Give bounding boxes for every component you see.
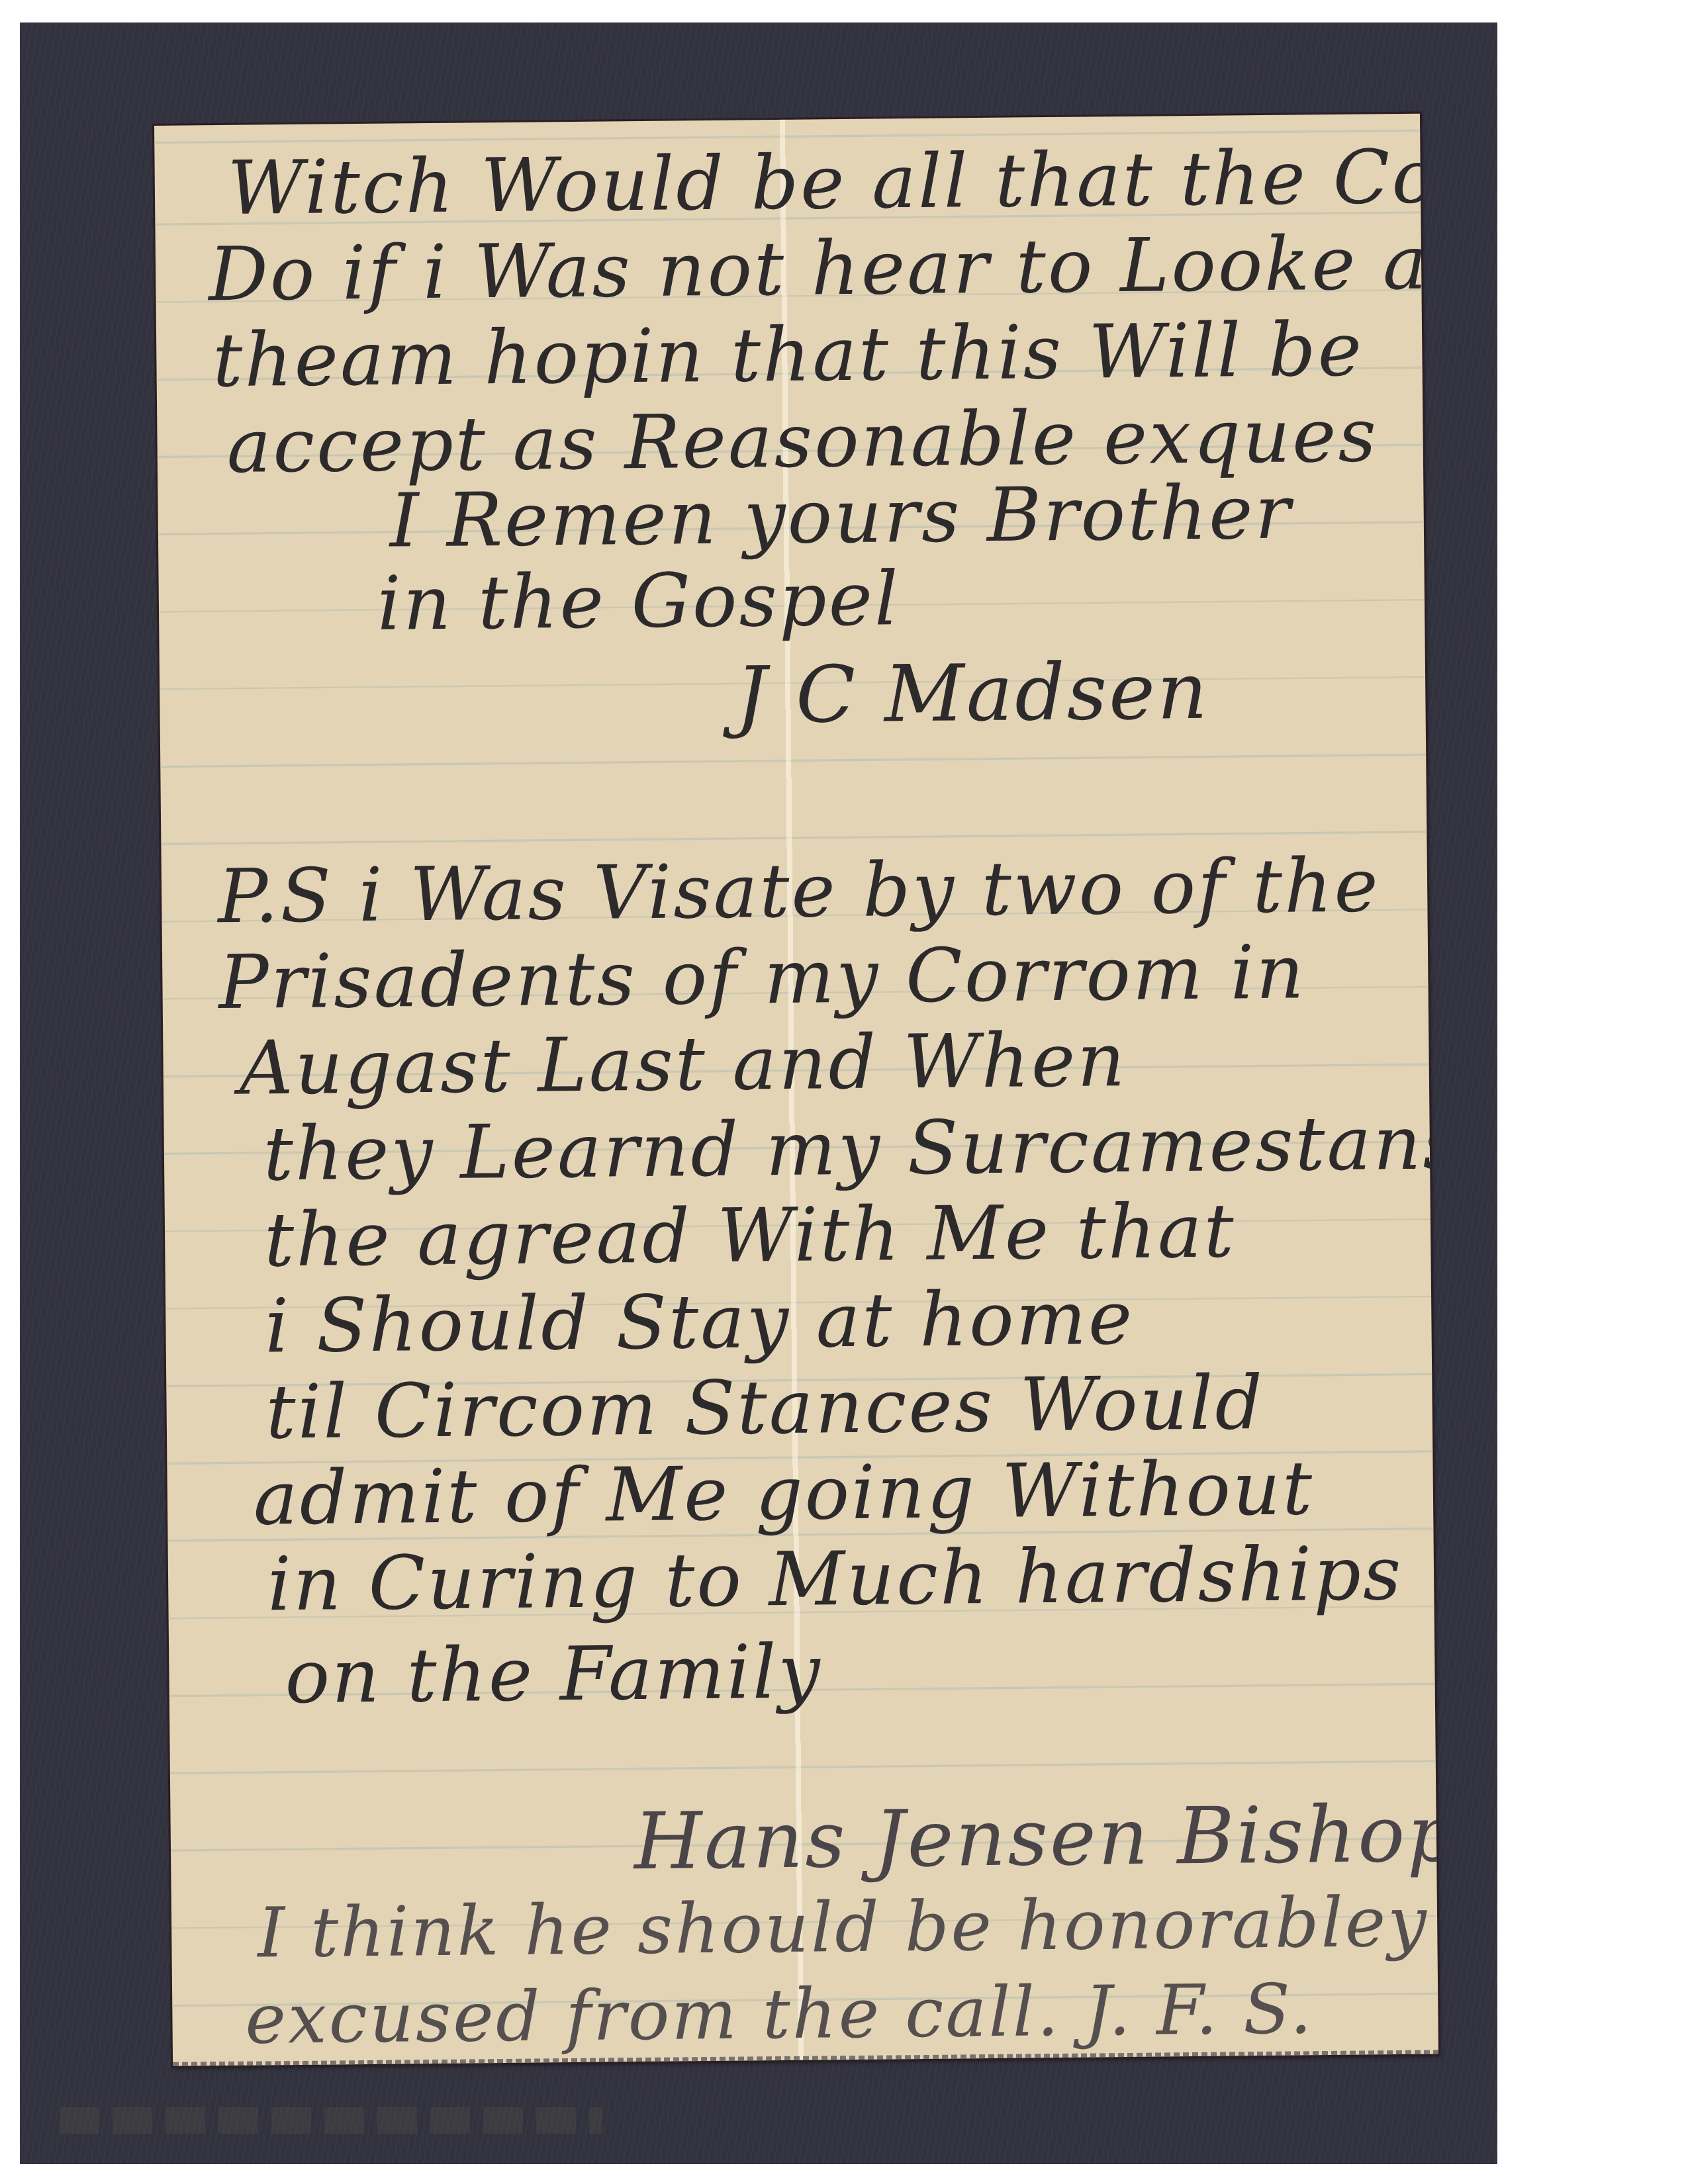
postscript-line-3: Augast Last and When — [239, 1023, 1127, 1106]
postscript-line-6: i Should Stay at home — [265, 1281, 1135, 1364]
postscript-line-10: on the Family — [285, 1635, 822, 1714]
closing-line-1: I Remen yours Brother — [389, 476, 1292, 559]
signature-madsen: J C Madsen — [735, 652, 1210, 735]
mat-bleed-through-marks — [60, 2107, 602, 2134]
letter-body-line-3: theam hopin that this Will be — [212, 312, 1364, 398]
closing-line-2: in the Gospel — [377, 562, 900, 641]
letter-page: Witch Would be all that the Could Do if … — [154, 114, 1438, 2066]
bishop-signature: Hans Jensen Bishop — [633, 1794, 1438, 1880]
letter-body-line-1: Witch Would be all that the Could — [227, 139, 1438, 226]
endorsement-line-1: I think he should be honorabley — [258, 1888, 1429, 1968]
postscript-line-9: in Curing to Much hardships — [267, 1537, 1403, 1621]
endorsement-line-2: excused from the call. J. F. S. — [245, 1974, 1314, 2053]
letter-body-line-2: Do if i Was not hear to Looke after — [209, 224, 1438, 312]
postscript-line-7: til Circom Stances Would — [265, 1366, 1265, 1449]
postscript-line-2: Prisadents of my Corrom in — [218, 935, 1306, 1020]
postscript-line-1: P.S i Was Visate by two of the — [218, 848, 1381, 934]
postscript-line-8: admit of Me going Without — [253, 1451, 1314, 1535]
postscript-line-4: they Learnd my Surcamestans — [263, 1106, 1438, 1191]
postscript-line-5: the agread With Me that — [264, 1194, 1237, 1277]
